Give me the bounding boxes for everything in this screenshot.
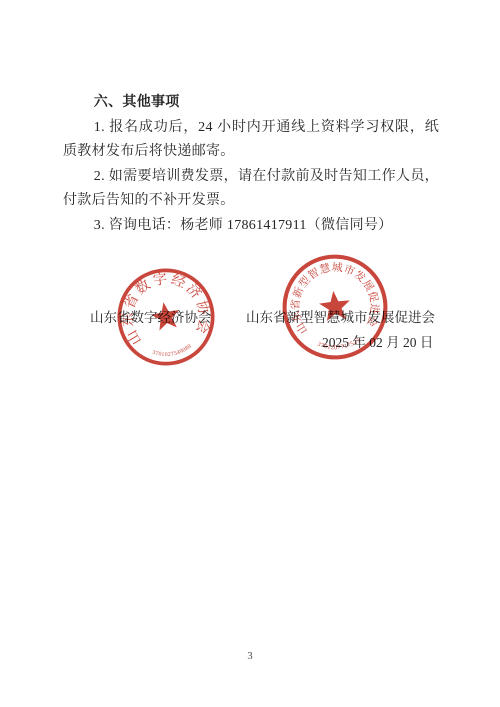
- document-body: 六、其他事项 1. 报名成功后，24 小时内开通线上资料学习权限，纸质教材发布后…: [63, 91, 439, 238]
- star-icon: [149, 300, 182, 332]
- paragraph-1: 1. 报名成功后，24 小时内开通线上资料学习权限，纸质教材发布后将快递邮寄。: [63, 116, 439, 165]
- section-heading: 六、其他事项: [63, 91, 439, 116]
- paragraph-2: 2. 如需要培训费发票，请在付款前及时告知工作人员，付款后告知的不补开发票。: [63, 165, 439, 214]
- paragraph-3: 3. 咨询电话：杨老师 17861417911（微信同号）: [63, 214, 439, 239]
- page-number: 3: [0, 651, 500, 662]
- document-page: 六、其他事项 1. 报名成功后，24 小时内开通线上资料学习权限，纸质教材发布后…: [0, 0, 500, 707]
- seal-code-text: 3701207717523: [316, 336, 363, 353]
- official-seal-left: 山东省数字经济协会 3701027549088: [108, 259, 224, 375]
- star-icon: [318, 289, 352, 321]
- official-seal-right: 山东省新型智慧城市发展促进会 3701207717523: [276, 248, 395, 367]
